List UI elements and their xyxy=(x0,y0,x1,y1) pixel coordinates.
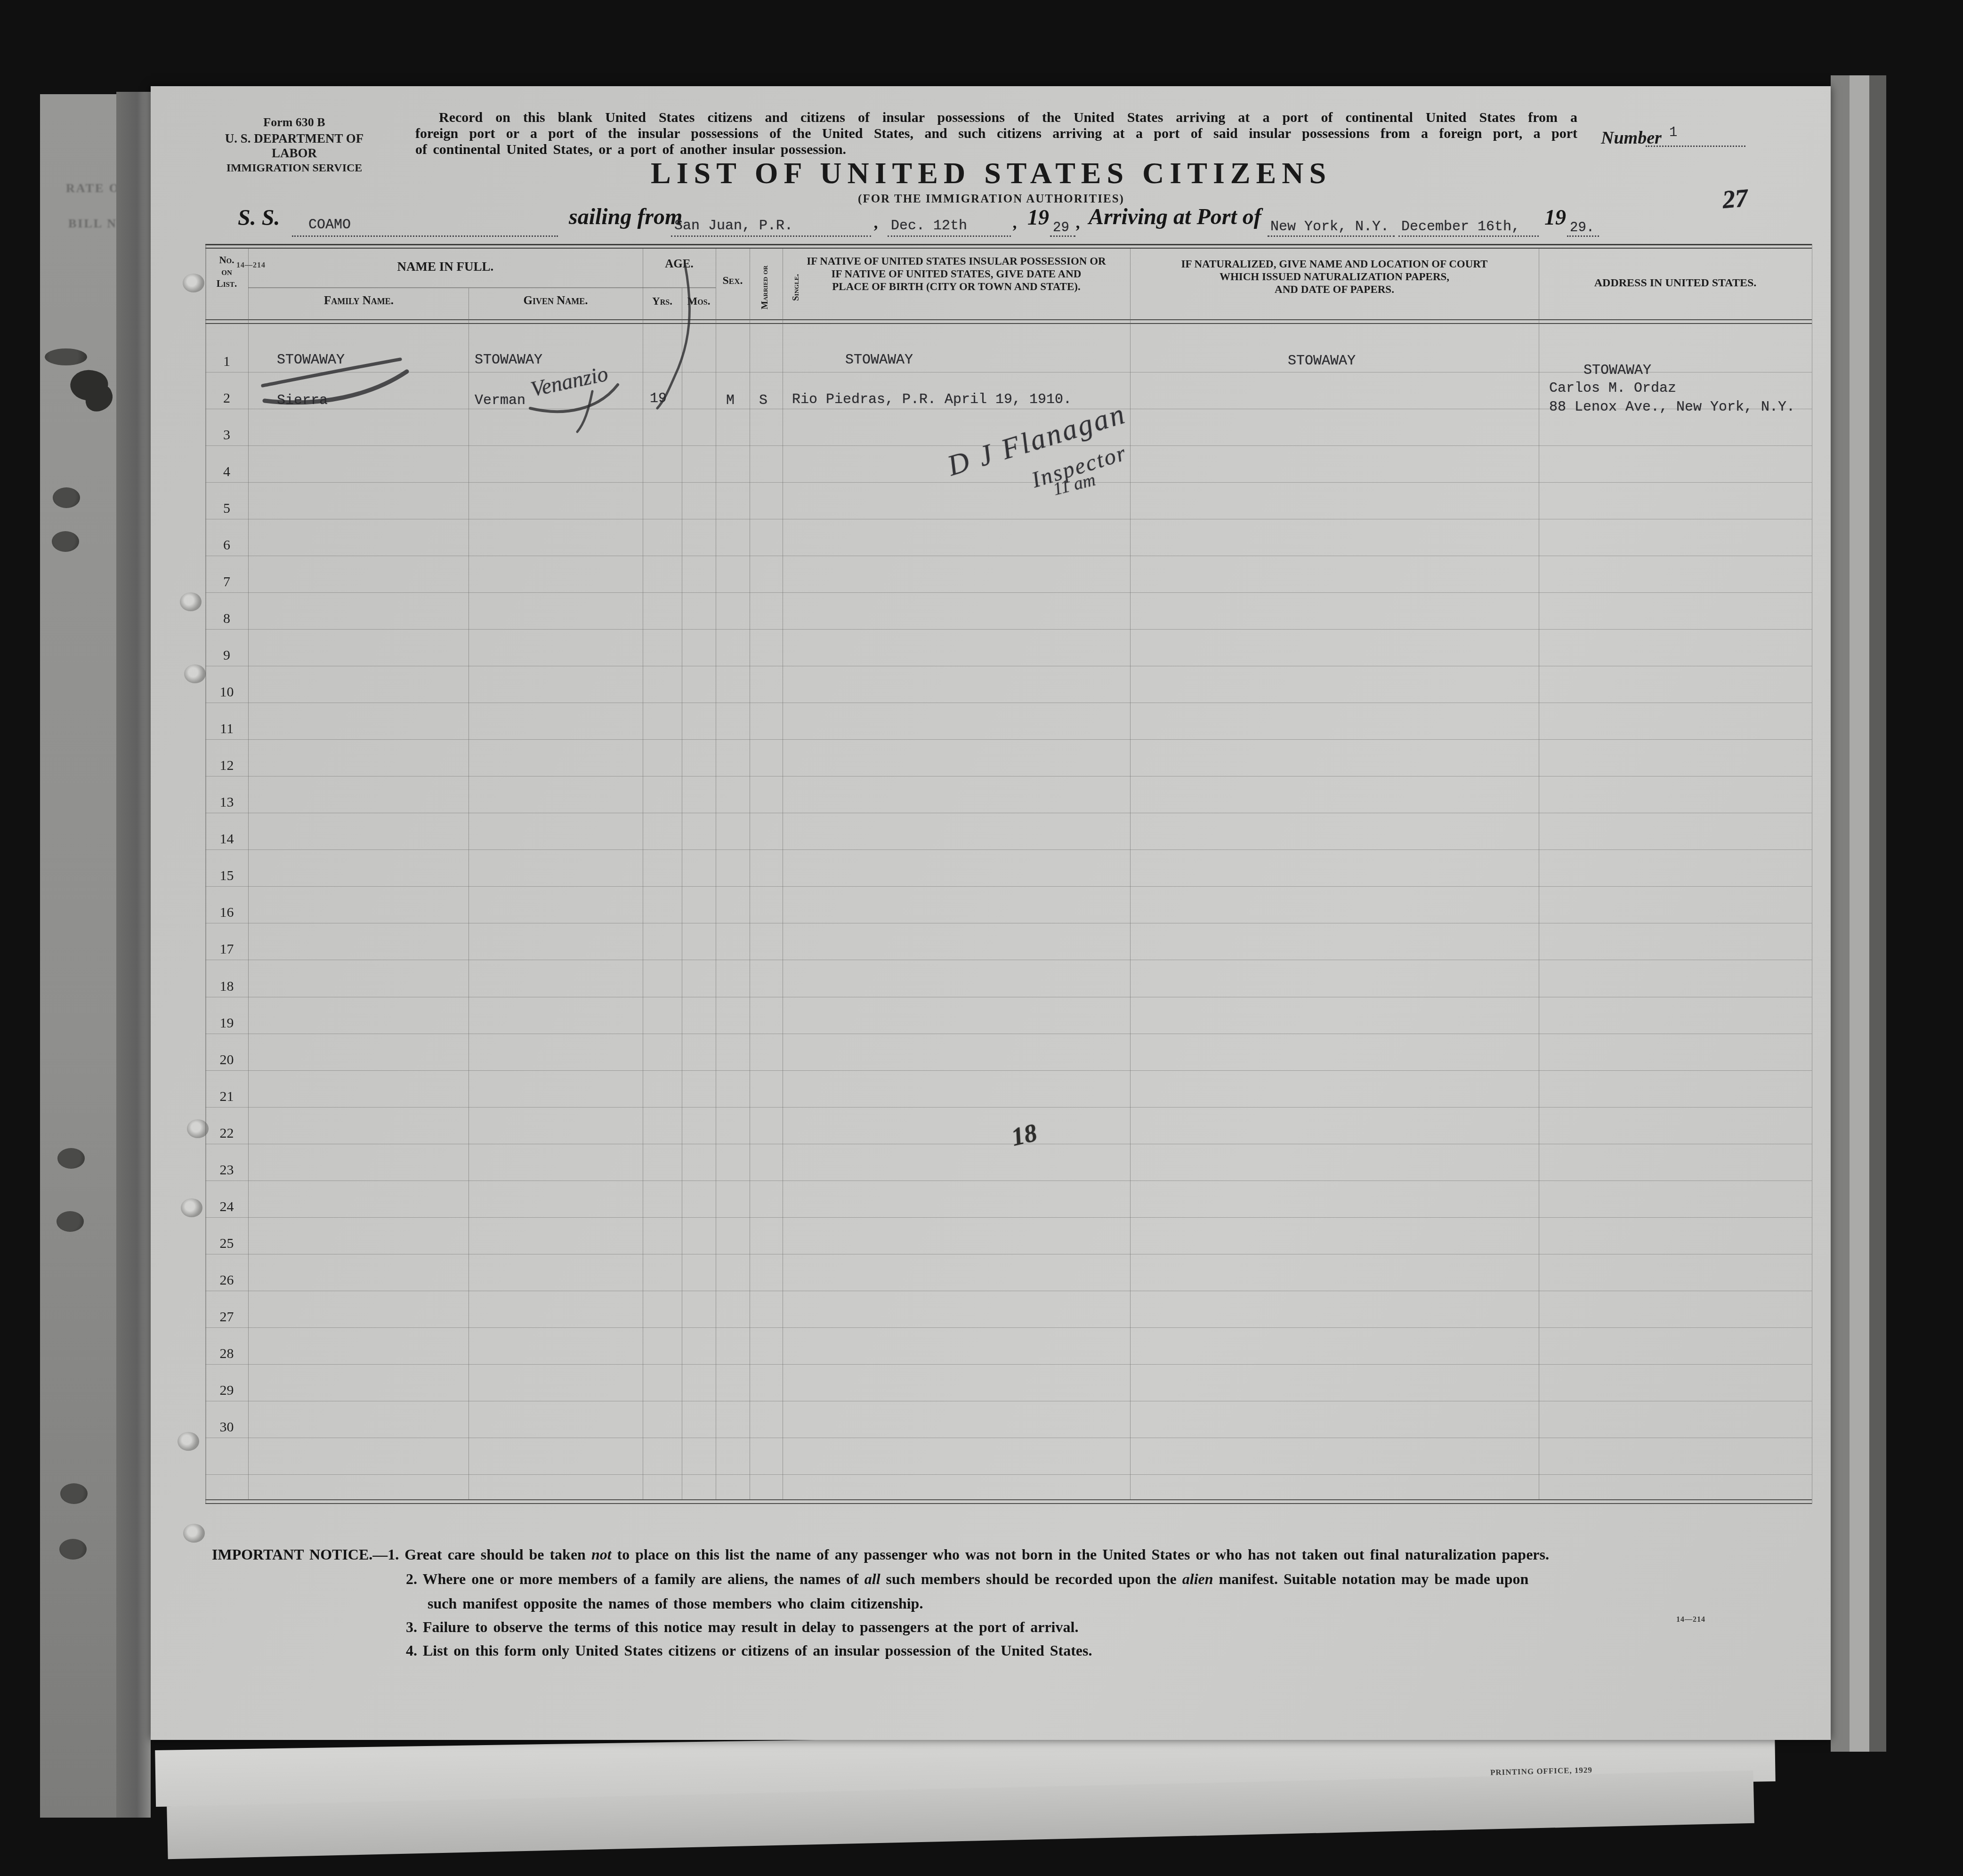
notice-label: IMPORTANT NOTICE.— xyxy=(212,1546,388,1563)
page-number-stamp: 27 xyxy=(1721,183,1749,214)
year-prefix: 19 xyxy=(1027,205,1049,230)
instructions-line: Record on this blank United States citiz… xyxy=(415,110,1577,126)
notice-item-1: IMPORTANT NOTICE.—1. Great care should b… xyxy=(212,1546,1549,1563)
row-line xyxy=(205,813,1812,813)
row-number: 19 xyxy=(205,1014,248,1033)
comma: , xyxy=(1076,212,1081,232)
page-stack-edge xyxy=(1869,75,1886,1752)
column-divider xyxy=(1539,323,1539,1499)
arriving-label: Arriving at Port of xyxy=(1089,204,1261,230)
row-line xyxy=(205,629,1812,630)
departure-date: Dec. 12th xyxy=(891,218,967,234)
notice-number: 1. xyxy=(388,1546,399,1563)
notice-text-italic: alien xyxy=(1182,1570,1213,1587)
arrival-date: December 16th, xyxy=(1401,219,1520,235)
punch-hole xyxy=(178,1432,199,1451)
row-number: 13 xyxy=(205,793,248,812)
page-title: LIST OF UNITED STATES CITIZENS xyxy=(207,156,1775,191)
row-line xyxy=(205,1401,1812,1401)
notice-item-3: 3. Failure to observe the terms of this … xyxy=(406,1618,1078,1636)
row-number: 14 xyxy=(205,830,248,849)
punch-hole xyxy=(183,274,204,292)
row-number: 5 xyxy=(205,499,248,518)
arrival-port: New York, N.Y. xyxy=(1270,219,1389,235)
punch-hole xyxy=(184,664,206,683)
row-number: 2 xyxy=(205,389,248,408)
row-line xyxy=(205,1070,1812,1071)
ss-label: S. S. xyxy=(238,205,280,231)
entry-birthplace: STOWAWAY xyxy=(845,352,913,368)
punch-hole xyxy=(52,531,79,552)
entry-address-line2: 88 Lenox Ave., New York, N.Y. xyxy=(1549,399,1795,415)
notice-text-italic: not xyxy=(591,1546,612,1563)
notice-text: Great care should be taken xyxy=(404,1546,591,1563)
row-line xyxy=(205,960,1812,960)
row-number: 23 xyxy=(205,1161,248,1180)
row-number: 10 xyxy=(205,683,248,702)
row-number: 21 xyxy=(205,1087,248,1106)
row-line xyxy=(205,739,1812,740)
header-mos: Mos. xyxy=(682,295,716,307)
column-divider xyxy=(682,323,682,1499)
row-line xyxy=(205,1217,1812,1218)
row-line xyxy=(205,1254,1812,1254)
entry-sex: M xyxy=(726,393,735,409)
row-line xyxy=(205,519,1812,519)
column-divider xyxy=(716,323,716,1499)
punch-hole xyxy=(57,1211,84,1232)
entry-naturalization: STOWAWAY xyxy=(1288,353,1356,369)
row-number: 4 xyxy=(205,462,248,481)
header-address: ADDRESS IN UNITED STATES. xyxy=(1539,277,1812,290)
column-divider xyxy=(469,323,469,1499)
row-number: 22 xyxy=(205,1124,248,1143)
punch-hole xyxy=(57,1148,85,1169)
table-bottom-rule xyxy=(205,1499,1812,1500)
notice-text: manifest. Suitable notation may be made … xyxy=(1213,1570,1529,1587)
notice-number: 3. xyxy=(406,1618,417,1635)
entry-address: STOWAWAY xyxy=(1583,363,1651,379)
header-bottom-rule xyxy=(205,323,1812,324)
row-number: 16 xyxy=(205,903,248,922)
header-bottom-rule xyxy=(205,319,1812,320)
entry-married-or-single: S xyxy=(759,393,767,409)
row-line xyxy=(205,1327,1812,1328)
header-yrs: Yrs. xyxy=(643,295,682,307)
row-number: 20 xyxy=(205,1051,248,1069)
year-prefix: 19 xyxy=(1544,205,1566,230)
column-divider xyxy=(643,323,643,1499)
form-code: 14—214 xyxy=(1676,1616,1705,1624)
column-divider xyxy=(248,323,249,1499)
punch-hole xyxy=(60,1483,88,1504)
header-naturalization: IF NATURALIZED, GIVE NAME AND LOCATION O… xyxy=(1130,258,1539,296)
row-number: 26 xyxy=(205,1271,248,1290)
row-number: 30 xyxy=(205,1418,248,1437)
row-number: 11 xyxy=(205,720,248,738)
row-line xyxy=(205,666,1812,666)
punch-hole xyxy=(53,487,80,508)
punch-hole xyxy=(45,348,87,365)
punch-hole xyxy=(181,1198,202,1217)
row-line xyxy=(205,1107,1812,1108)
header-given-name: Given Name. xyxy=(454,294,657,307)
row-number: 29 xyxy=(205,1381,248,1400)
row-line xyxy=(205,1438,1812,1438)
notice-text: to place on this list the name of any pa… xyxy=(612,1546,1549,1563)
notice-item-4: 4. List on this form only United States … xyxy=(406,1642,1092,1659)
row-line xyxy=(205,1034,1812,1034)
row-number: 6 xyxy=(205,536,248,555)
page-stack-edge xyxy=(1831,75,1850,1752)
header-mid-rule xyxy=(248,287,716,288)
column-divider xyxy=(783,323,783,1499)
notice-item-2: 2. Where one or more members of a family… xyxy=(406,1570,1528,1588)
form-number: Form 630 B xyxy=(207,115,381,129)
table-bottom-rule xyxy=(205,1503,1812,1504)
notice-text: Failure to observe the terms of this not… xyxy=(423,1618,1078,1635)
instructions-line: of continental United States, or a port … xyxy=(415,142,1577,158)
row-number: 27 xyxy=(205,1308,248,1326)
row-number: 7 xyxy=(205,573,248,591)
arrival-date-underline xyxy=(1398,235,1539,237)
number-underline xyxy=(1646,146,1745,147)
row-number: 9 xyxy=(205,646,248,665)
row-number: 28 xyxy=(205,1344,248,1363)
row-number: 1 xyxy=(205,352,248,371)
sheet-number-stamp: 18 xyxy=(1009,1118,1040,1152)
header-married-or-single: Married or Single. xyxy=(750,252,783,323)
row-line xyxy=(205,1291,1812,1291)
page-subtitle: (FOR THE IMMIGRATION AUTHORITIES) xyxy=(207,193,1775,206)
header-no-on-list: No. on List. xyxy=(205,254,248,290)
pen-strokes xyxy=(151,86,1831,1740)
punch-hole xyxy=(59,1539,87,1560)
header-name-in-full: NAME IN FULL. xyxy=(248,259,643,274)
column-divider xyxy=(1130,323,1131,1499)
notice-text: Where one or more members of a family ar… xyxy=(422,1570,864,1587)
comma: , xyxy=(1013,212,1018,232)
header-family-name: Family Name. xyxy=(258,294,460,307)
row-line xyxy=(205,923,1812,923)
notice-item-2-continued: such manifest opposite the names of thos… xyxy=(428,1595,923,1612)
entry-given-name: STOWAWAY xyxy=(475,352,542,368)
departure-port-underline xyxy=(671,235,871,237)
comma: , xyxy=(874,212,879,232)
row-line xyxy=(205,886,1812,887)
departure-year: 29 xyxy=(1053,220,1069,235)
notice-number: 2. xyxy=(406,1570,417,1587)
column-divider xyxy=(750,323,750,1499)
punch-hole xyxy=(183,1524,205,1543)
notice-number: 4. xyxy=(406,1642,417,1659)
row-line xyxy=(205,592,1812,593)
notice-text: such members should be recorded upon the xyxy=(881,1570,1182,1587)
row-line xyxy=(205,997,1812,997)
header-age: AGE. xyxy=(643,258,716,271)
instructions-paragraph: Record on this blank United States citiz… xyxy=(415,110,1577,158)
arrival-port-underline xyxy=(1268,235,1395,237)
table-top-rule xyxy=(205,248,1812,249)
sailing-from-label: sailing from xyxy=(569,204,682,230)
pen-stroke-check xyxy=(657,265,689,408)
entry-family-name: STOWAWAY xyxy=(277,352,345,368)
number-value: 1 xyxy=(1669,125,1677,140)
instructions-line: foreign port or a port of the insular po… xyxy=(415,126,1577,142)
row-number: 15 xyxy=(205,866,248,885)
entry-given-name: Verman xyxy=(475,393,525,409)
header-birthplace: IF NATIVE OF UNITED STATES INSULAR POSSE… xyxy=(783,255,1130,293)
table-top-rule xyxy=(205,244,1812,245)
arrival-year: 29. xyxy=(1570,220,1594,235)
notice-text-italic: all xyxy=(864,1570,881,1587)
ship-name: COAMO xyxy=(308,217,351,233)
row-line xyxy=(205,703,1812,703)
row-number: 24 xyxy=(205,1197,248,1216)
row-line xyxy=(205,372,1812,372)
ship-name-underline xyxy=(292,235,558,237)
row-line xyxy=(205,482,1812,483)
row-line xyxy=(205,776,1812,776)
row-line xyxy=(205,1474,1812,1475)
row-line xyxy=(205,1364,1812,1365)
notice-text: List on this form only United States cit… xyxy=(423,1642,1092,1659)
scanned-document: RATE OF BILL NO PRINTING OFFICE, 1929 Fo… xyxy=(0,0,1963,1876)
row-line xyxy=(205,849,1812,850)
row-number: 3 xyxy=(205,426,248,445)
departure-port: San Juan, P.R. xyxy=(674,218,793,234)
page-stack-edge xyxy=(116,92,151,1818)
table-right-border xyxy=(1812,244,1812,1504)
entry-address-line1: Carlos M. Ordaz xyxy=(1549,380,1676,396)
pen-tail xyxy=(577,391,592,432)
header-sex: Sex. xyxy=(714,275,751,287)
row-number: 17 xyxy=(205,940,248,959)
entry-birthplace: Rio Piedras, P.R. April 19, 1910. xyxy=(792,392,1072,408)
entry-age-yrs: 19 xyxy=(650,391,667,407)
punch-hole xyxy=(180,592,202,611)
row-line xyxy=(205,556,1812,556)
page-stack-edge xyxy=(1850,75,1869,1752)
row-number: 25 xyxy=(205,1234,248,1253)
departure-date-underline xyxy=(888,235,1011,237)
row-line xyxy=(205,1144,1812,1144)
entry-family-name: Sierra xyxy=(277,393,328,409)
manifest-page: Form 630 B U. S. DEPARTMENT OF LABOR IMM… xyxy=(151,86,1831,1740)
row-number: 8 xyxy=(205,609,248,628)
row-number: 18 xyxy=(205,977,248,996)
row-number: 12 xyxy=(205,756,248,775)
row-line xyxy=(205,1181,1812,1181)
